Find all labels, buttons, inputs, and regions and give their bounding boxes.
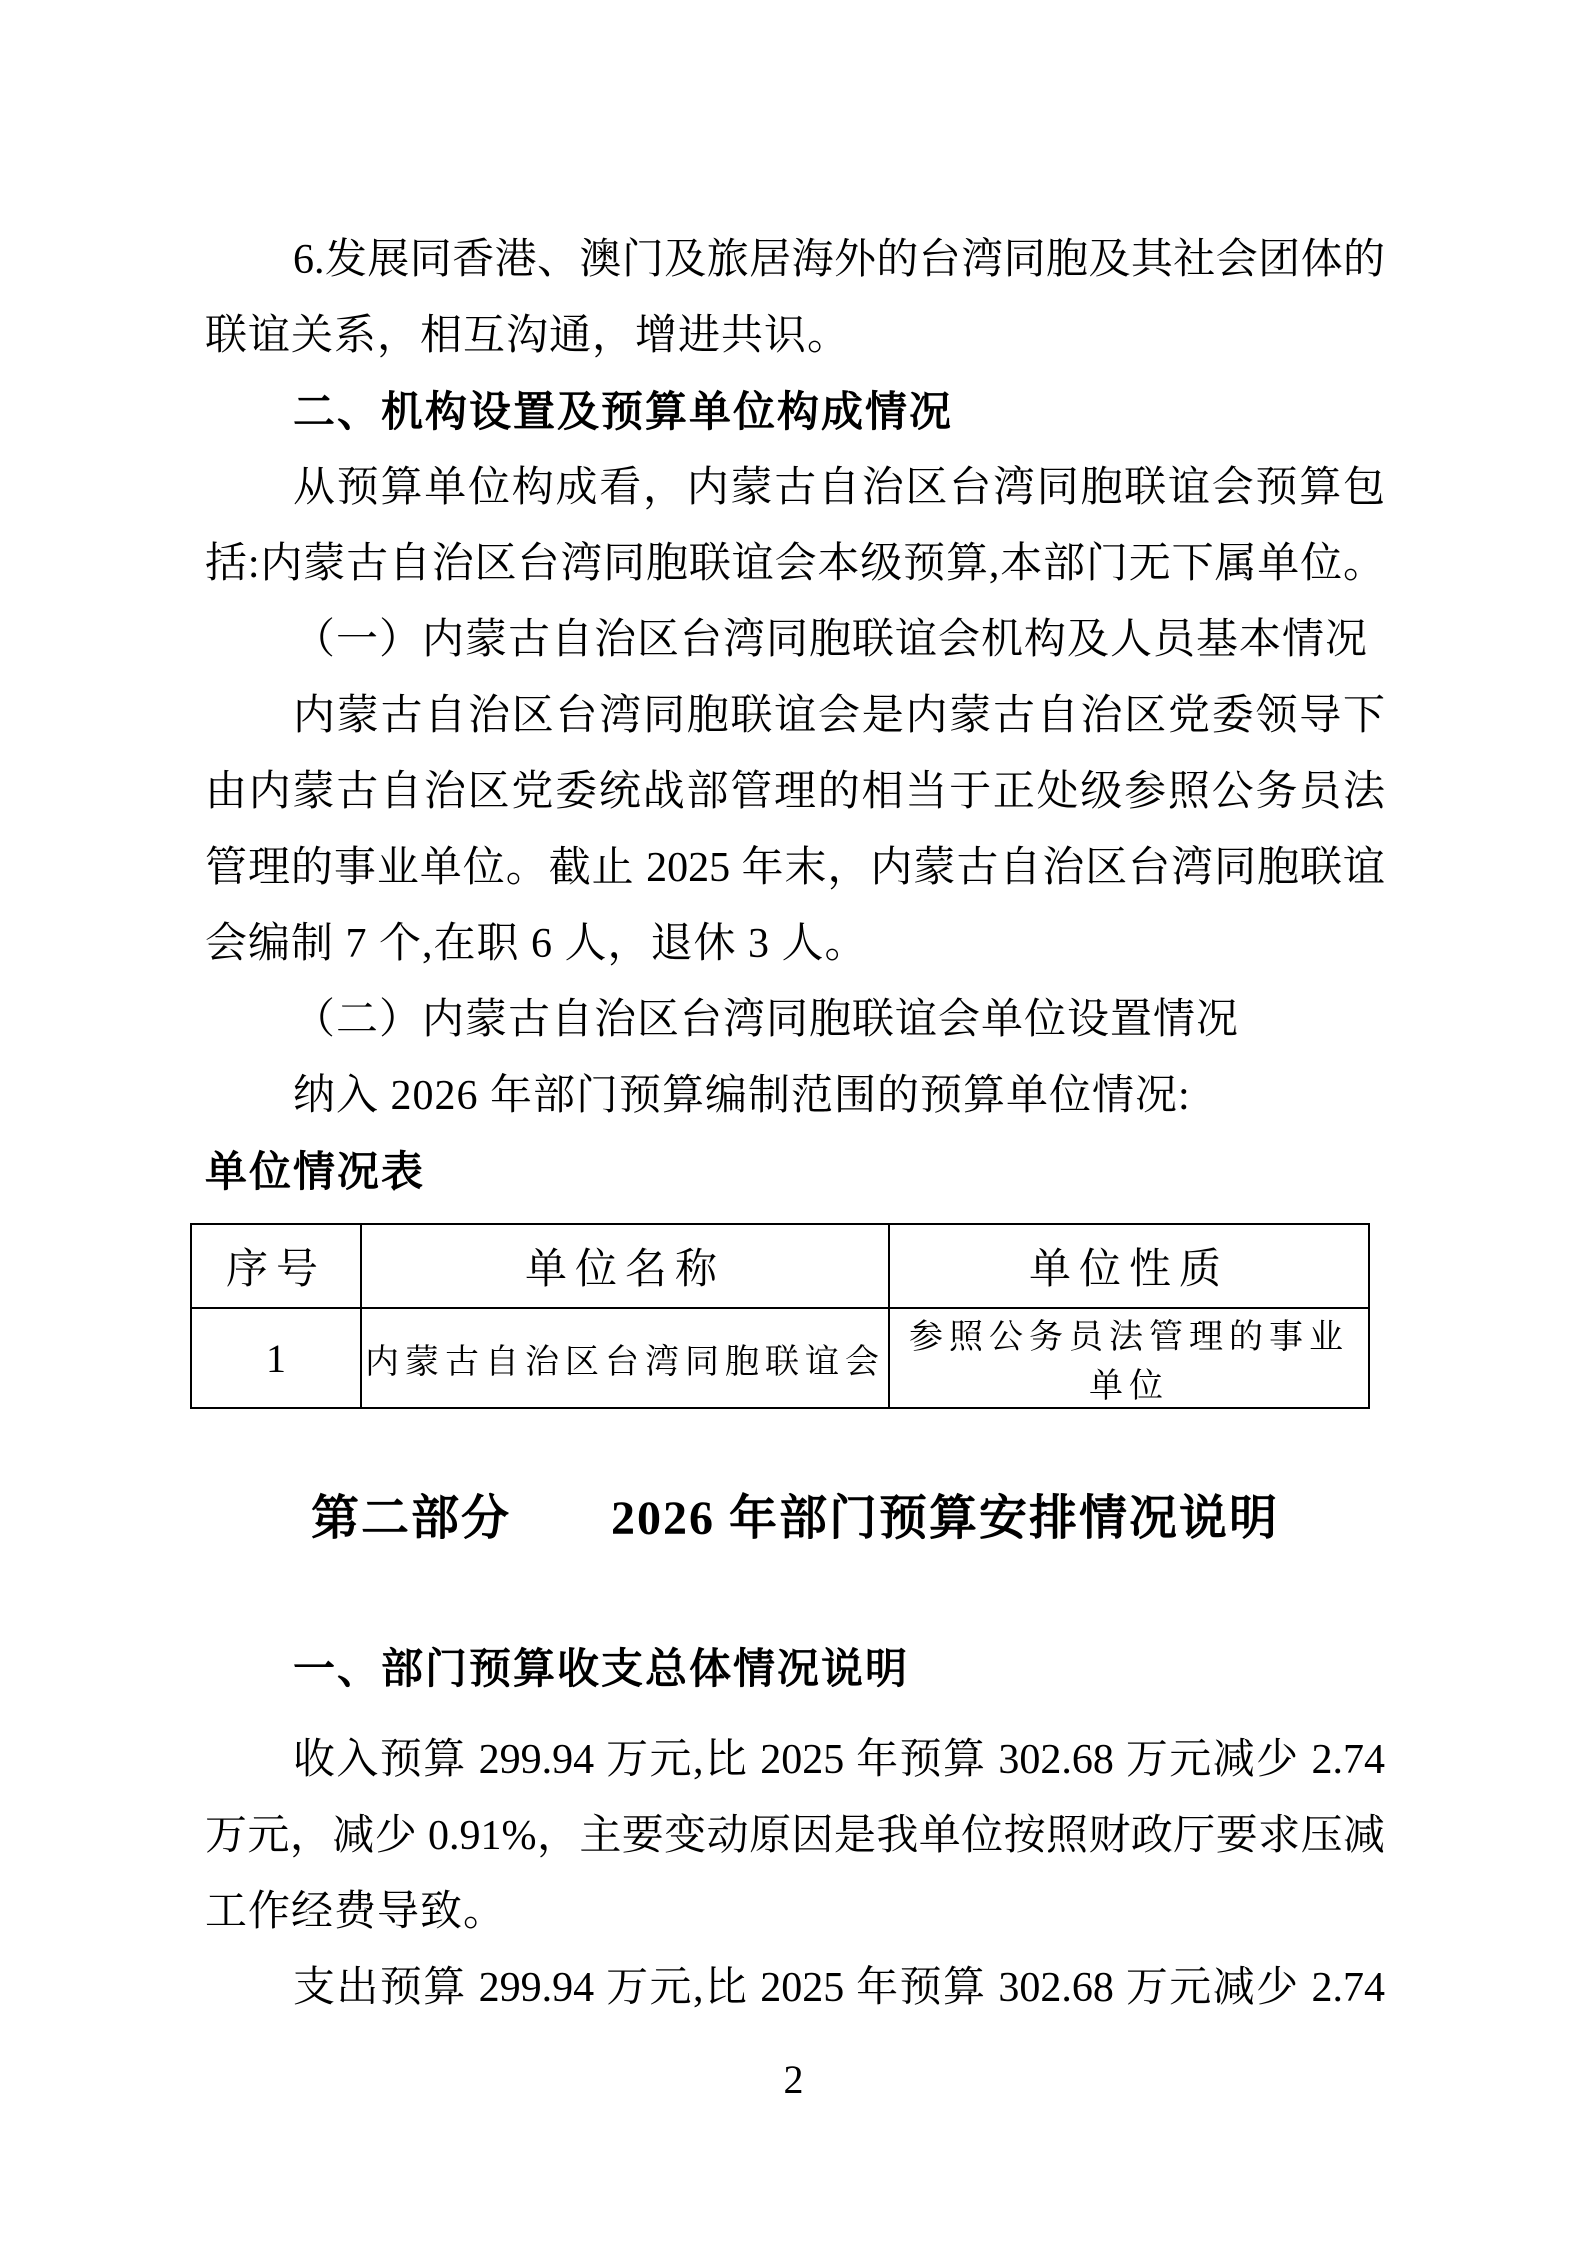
body-line-2: 联谊关系，相互沟通，增进共识。 <box>205 298 1385 374</box>
part2-line-19: 工作经费导致。 <box>205 1874 1385 1950</box>
body-line-9: 管理的事业单位。截止 2025 年末，内蒙古自治区台湾同胞联谊 <box>205 830 1385 906</box>
body-line-7: 内蒙古自治区台湾同胞联谊会是内蒙古自治区党委领导下 <box>205 678 1385 754</box>
document-page: 6.发展同香港、澳门及旅居海外的台湾同胞及其社会团体的 联谊关系，相互沟通，增进… <box>0 0 1587 2245</box>
unit-table-row: 1 内蒙古自治区台湾同胞联谊会 参照公务员法管理的事业单位 <box>191 1308 1369 1408</box>
body-line-1: 6.发展同香港、澳门及旅居海外的台湾同胞及其社会团体的 <box>205 222 1385 298</box>
unit-table-header-name: 单位名称 <box>361 1224 889 1308</box>
section-heading-org-setup: 二、机构设置及预算单位构成情况 <box>205 374 1385 450</box>
unit-table-header-type: 单位性质 <box>889 1224 1369 1308</box>
body-line-10: 会编制 7 个,在职 6 人，退休 3 人。 <box>205 906 1385 982</box>
unit-table-header-row: 序号 单位名称 单位性质 <box>191 1224 1369 1308</box>
part2-line-17: 收入预算 299.94 万元,比 2025 年预算 302.68 万元减少 2.… <box>205 1722 1385 1798</box>
body-line-5: 括:内蒙古自治区台湾同胞联谊会本级预算,本部门无下属单位。 <box>205 526 1385 602</box>
subsection-heading-1: （一）内蒙古自治区台湾同胞联谊会机构及人员基本情况 <box>205 602 1385 678</box>
body-line-8: 由内蒙古自治区党委统战部管理的相当于正处级参照公务员法 <box>205 754 1385 830</box>
body-line-12: 纳入 2026 年部门预算编制范围的预算单位情况: <box>205 1058 1385 1134</box>
part2-line-18: 万元，减少 0.91%，主要变动原因是我单位按照财政厅要求压减 <box>205 1798 1385 1874</box>
body-line-4: 从预算单位构成看，内蒙古自治区台湾同胞联谊会预算包 <box>205 450 1385 526</box>
unit-table-header-index: 序号 <box>191 1224 361 1308</box>
part2-line-20: 支出预算 299.94 万元,比 2025 年预算 302.68 万元减少 2.… <box>205 1950 1385 2026</box>
subsection-heading-2: （二）内蒙古自治区台湾同胞联谊会单位设置情况 <box>205 982 1385 1058</box>
unit-table-title: 单位情况表 <box>205 1134 1385 1210</box>
page-number: 2 <box>0 2058 1587 2102</box>
part2-title: 第二部分 2026 年部门预算安排情况说明 <box>205 1471 1385 1567</box>
unit-row-name: 内蒙古自治区台湾同胞联谊会 <box>361 1308 889 1408</box>
unit-row-index: 1 <box>191 1308 361 1408</box>
document-content: 6.发展同香港、澳门及旅居海外的台湾同胞及其社会团体的 联谊关系，相互沟通，增进… <box>205 222 1385 2026</box>
unit-table: 序号 单位名称 单位性质 1 内蒙古自治区台湾同胞联谊会 参照公务员法管理的事业… <box>190 1223 1370 1409</box>
unit-row-type: 参照公务员法管理的事业单位 <box>889 1308 1369 1408</box>
part2-subsection-heading: 一、部门预算收支总体情况说明 <box>205 1631 1385 1707</box>
